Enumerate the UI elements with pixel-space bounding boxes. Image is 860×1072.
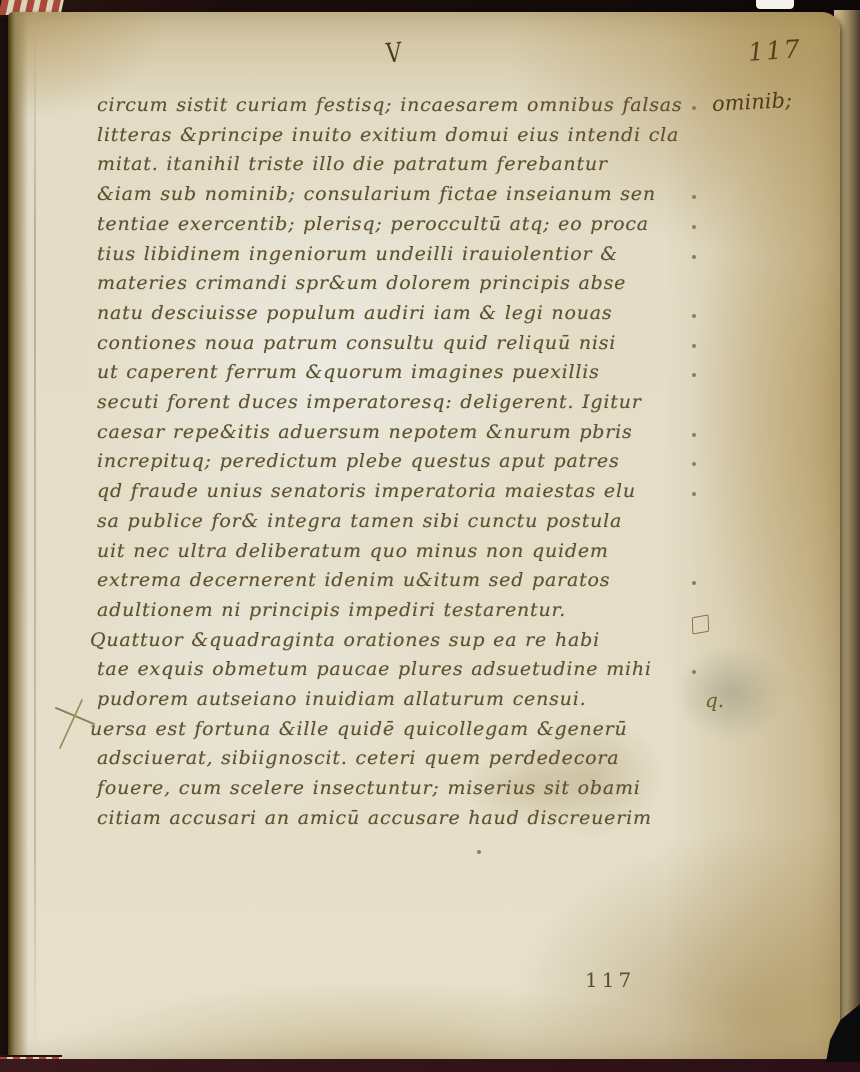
manuscript-line: sa publice for& integra tamen sibi cunct… <box>97 507 697 537</box>
manuscript-line: caesar repe&itis aduersum nepotem &nurum… <box>97 418 697 448</box>
manuscript-line: circum sistit curiam festisq; incaesarem… <box>97 91 697 121</box>
margin-square-mark <box>692 614 709 634</box>
margin-ink-dot <box>692 344 696 348</box>
manuscript-line: &iam sub nominib; consularium fictae ins… <box>97 180 697 210</box>
manuscript-line: uit nec ultra deliberatum quo minus non … <box>97 537 697 567</box>
manuscript-line: qd fraude unius senatoris imperatoria ma… <box>97 477 697 507</box>
manuscript-line: natu desciuisse populum audiri iam & leg… <box>97 299 697 329</box>
manuscript-line: increpituq; peredictum plebe questus apu… <box>97 447 697 477</box>
manuscript-line: tius libidinem ingeniorum undeilli iraui… <box>97 240 697 270</box>
parchment-crease <box>34 18 36 1054</box>
manuscript-line: fouere, cum scelere insectuntur; miseriu… <box>97 774 697 804</box>
manuscript-line: Quattuor &quadraginta orationes sup ea r… <box>90 626 697 656</box>
margin-ink-dot <box>692 225 696 229</box>
margin-ink-dot <box>692 314 696 318</box>
manuscript-text-block: circum sistit curiam festisq; incaesarem… <box>97 91 697 834</box>
margin-ink-dot <box>692 106 696 110</box>
manuscript-line: pudorem autseiano inuidiam allaturum cen… <box>97 685 697 715</box>
margin-note-mid: q. <box>705 688 724 712</box>
margin-cross-mark <box>46 690 102 754</box>
manuscript-line: ut caperent ferrum &quorum imagines puex… <box>97 358 697 388</box>
parchment-page: V 117 ominib; circum sistit curiam festi… <box>8 12 840 1060</box>
manuscript-line: adultionem ni principis impediri testare… <box>97 596 697 626</box>
manuscript-line: materies crimandi spr&um dolorem princip… <box>97 269 697 299</box>
quire-mark: V <box>385 37 402 69</box>
manuscript-line: litteras &principe inuito exitium domui … <box>97 121 697 151</box>
marginal-note: ominib; <box>711 88 792 116</box>
ink-dot <box>477 850 481 854</box>
manuscript-line: contiones noua patrum consultu quid reli… <box>97 329 697 359</box>
manuscript-line: uersa est fortuna &ille quidē quicollega… <box>90 715 697 745</box>
margin-ink-dot <box>692 255 696 259</box>
shelf-tab <box>756 0 794 9</box>
binding-edge-bottom <box>0 1059 860 1072</box>
manuscript-line: extrema decernerent idenim u&itum sed pa… <box>97 566 697 596</box>
manuscript-line: tae exquis obmetum paucae plures adsuetu… <box>97 655 697 685</box>
gutter-shadow <box>8 12 30 1060</box>
manuscript-line: tentiae exercentib; plerisq; peroccultū … <box>97 210 697 240</box>
manuscript-line: mitat. itanihil triste illo die patratum… <box>97 150 697 180</box>
folio-number-top: 117 <box>747 34 803 67</box>
page-number-bottom: 117 <box>585 968 635 992</box>
manuscript-line: citiam accusari an amicū accusare haud d… <box>97 804 697 834</box>
manuscript-line: adsciuerat, sibiignoscit. ceteri quem pe… <box>97 744 697 774</box>
margin-ink-dot <box>692 433 696 437</box>
manuscript-line: secuti forent duces imperatoresq: delige… <box>97 388 697 418</box>
manuscript-photo: V 117 ominib; circum sistit curiam festi… <box>0 0 860 1072</box>
